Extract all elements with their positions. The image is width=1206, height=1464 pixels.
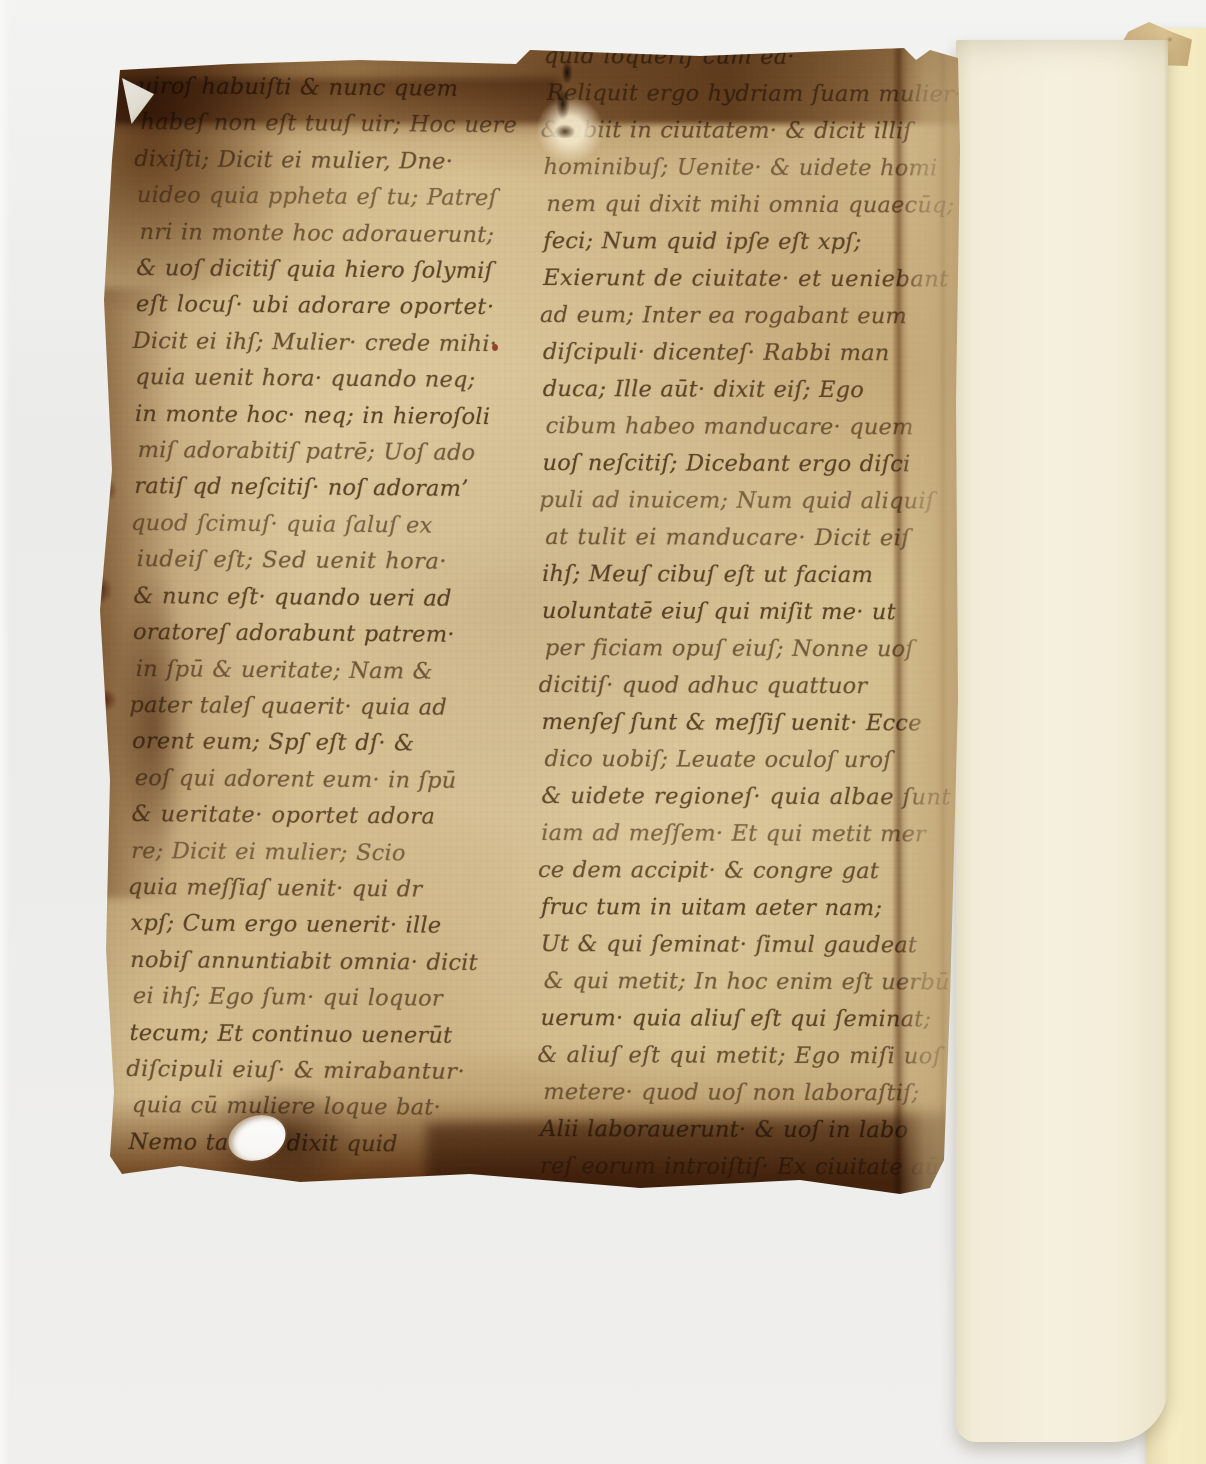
manuscript-text-line: ad eum; Inter ea rogabant eum — [540, 297, 964, 335]
photograph-backdrop: { "manuscript": { "left_column": { "line… — [0, 0, 1206, 1464]
manuscript-text-line: & nunc eſt· quando ueri ad — [133, 578, 529, 618]
manuscript-text-line: habeſ non eſt tuuſ uir; Hoc uere — [140, 104, 536, 144]
manuscript-text-line: pater taleſ quaerit· quia ad — [129, 687, 525, 727]
manuscript-text-line: iudeiſ eſt; Sed uenit hora· — [137, 541, 533, 581]
manuscript-text-line: & aliuſ eſt qui metit; Ego miſi uoſ — [537, 1037, 961, 1075]
manuscript-text-line: dicitiſ· quod adhuc quattuor — [539, 667, 963, 705]
manuscript-text-line: in monte hoc· neq; in hieroſoli — [135, 396, 531, 436]
backdrop-edge-highlight — [0, 0, 10, 1464]
manuscript-text-line: re; Dicit ei mulier; Scio — [131, 833, 527, 873]
manuscript-text-line: at tulit ei manducare· Dicit eiſ — [545, 519, 969, 557]
text-column-left: uiroſ habuiſti & nunc quemhabeſ non eſt … — [128, 68, 534, 1164]
manuscript-text-line: uoluntatē eiuſ qui miſit me· ut — [542, 593, 966, 631]
manuscript-text-line: quid loqueriſ cum ea· — [544, 38, 968, 76]
manuscript-text-line: eſt locuſ· ubi adorare oportet· — [136, 286, 532, 326]
manuscript-text-line: quia cū muliere loque bat· — [132, 1087, 528, 1127]
manuscript-text-line: uerum· quia aliuſ eſt qui ſeminat; — [541, 1000, 965, 1038]
flyleaf-front-page — [956, 40, 1168, 1442]
manuscript-text-line: iam ad meſſem· Et qui metit mer — [541, 815, 965, 853]
manuscript-text-line: Reliquit ergo hydriam ſuam mulier· — [547, 75, 971, 113]
manuscript-text-line: diſcipuli eiuſ· & mirabantur· — [126, 1051, 522, 1091]
ink-blot — [544, 58, 586, 138]
manuscript-text-line: uideo quia ppheta eſ tu; Patreſ — [137, 177, 533, 217]
manuscript-text-line: nri in monte hoc adorauerunt; — [139, 214, 535, 254]
manuscript-text-line: duca; Ille aūt· dixit eiſ; Ego — [543, 371, 967, 409]
manuscript-text-line: diſcipuli· dicenteſ· Rabbi man — [543, 334, 967, 372]
manuscript-text-line: per ficiam opuſ eiuſ; Nonne uoſ — [545, 630, 969, 668]
red-ink-dot — [492, 344, 498, 351]
manuscript-text-line: & qui metit; In hoc enim eſt uerbū — [544, 963, 968, 1001]
manuscript-text-line: cibum habeo manducare· quem — [546, 408, 970, 446]
manuscript-text-line: & uoſ dicitiſ quia hiero ſolymiſ — [136, 250, 532, 290]
text-column-right: quid loqueriſ cum ea·Reliquit ergo hydri… — [540, 38, 968, 1186]
manuscript-text-line: uoſ neſcitiſ; Dicebant ergo diſci — [542, 445, 966, 483]
manuscript-text-line: puli ad inuicem; Num quid aliquiſ — [539, 482, 963, 520]
stain-left-red-spots — [90, 468, 134, 758]
manuscript-text-line: Exierunt de ciuitate· et ueniebant — [543, 260, 967, 298]
manuscript-text-line: dico uobiſ; Leuate oculoſ uroſ — [544, 741, 968, 779]
manuscript-text-line: quia uenit hora· quando neq; — [135, 359, 531, 399]
manuscript-text-line: ihſ; Meuſ cibuſ eſt ut faciam — [542, 556, 966, 594]
manuscript-text-line: tecum; Et continuo uenerūt — [129, 1015, 525, 1055]
manuscript-text-line: eoſ qui adorent eum· in ſpū — [135, 760, 531, 800]
manuscript-text-line: nem qui dixit mihi omnia quaecūq; — [546, 186, 970, 224]
manuscript-text-line: Alii laborauerunt· & uoſ in labo — [540, 1111, 964, 1149]
manuscript-text-line: quod ſcimuſ· quia ſaluſ ex — [131, 505, 527, 545]
manuscript-text-line: miſ adorabitiſ patrē; Uoſ ado — [138, 432, 534, 472]
manuscript-text-line: orent eum; Spſ eſt dſ· & — [132, 723, 528, 763]
manuscript-text-line: uiroſ habuiſti & nunc quem — [138, 68, 534, 108]
manuscript-text-line: quia meſſiaſ uenit· qui dr — [128, 869, 524, 909]
manuscript-text-line: ce dem accipit· & congre gat — [538, 852, 962, 890]
manuscript-text-line: xpſ; Cum ergo uenerit· ille — [130, 905, 526, 945]
manuscript-text-line: & uidete regioneſ· quia albae ſunt — [541, 778, 965, 816]
parchment-leaf: uiroſ habuiſti & nunc quemhabeſ non eſt … — [96, 48, 966, 1198]
manuscript-text-line: & abiit in ciuitatem· & dicit illiſ — [541, 112, 965, 150]
manuscript-text-line: nobiſ annuntiabit omnia· dicit — [130, 942, 526, 982]
manuscript-text-line: menſeſ ſunt & meſſiſ uenit· Ecce — [542, 704, 966, 742]
manuscript-text-line: metere· quod uoſ non laboraſtiſ; — [543, 1074, 967, 1112]
manuscript-text-line: ratiſ qd neſcitiſ· noſ adoram’ — [134, 468, 530, 508]
manuscript-text-line: Dicit ei ihſ; Mulier· crede mihi· — [132, 323, 528, 363]
manuscript-text-line: Nemo tamen dixit quid — [128, 1124, 524, 1164]
manuscript-text-line: reſ eorum introiſtiſ· Ex ciuitate aūt — [540, 1148, 964, 1186]
manuscript-text-line: ei ihſ; Ego ſum· qui loquor — [133, 978, 529, 1018]
manuscript-text-line: hominibuſ; Uenite· & uidete homi — [543, 149, 967, 187]
manuscript-text-line: in ſpū & ueritate; Nam & — [136, 651, 532, 691]
manuscript-text-line: & ueritate· oportet adora — [131, 796, 527, 836]
manuscript-text-line: dixiſti; Dicit ei mulier, Dne· — [134, 141, 530, 181]
manuscript-text-line: feci; Num quid ipſe eſt xpſ; — [543, 223, 967, 261]
manuscript-text-line: fruc tum in uitam aeter nam; — [541, 889, 965, 927]
manuscript-text-line: Ut & qui ſeminat· ſimul gaudeat — [541, 926, 965, 964]
manuscript-text-line: oratoreſ adorabunt patrem· — [133, 614, 529, 654]
